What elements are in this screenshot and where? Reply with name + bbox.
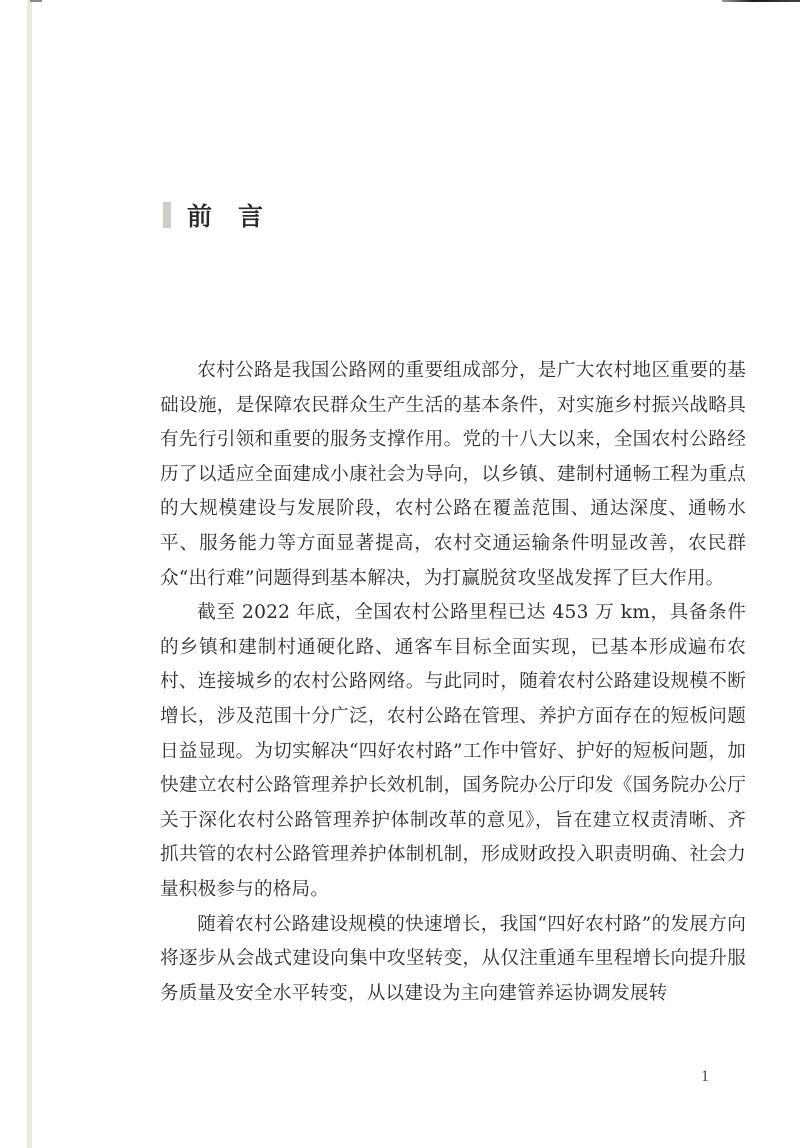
section-heading: 前言 (163, 198, 289, 232)
heading-accent-bar (163, 202, 171, 228)
scan-edge-right (722, 0, 800, 2)
paragraph: 农村公路是我国公路网的重要组成部分，是广大农村地区重要的基础设施，是保障农民群众… (160, 354, 746, 596)
page-title: 前言 (187, 197, 289, 233)
scan-edge-left (30, 0, 42, 2)
paragraph: 截至 2022 年底，全国农村公路里程已达 453 万 km，具备条件的乡镇和建… (160, 596, 746, 907)
preface-body: 农村公路是我国公路网的重要组成部分，是广大农村地区重要的基础设施，是保障农民群众… (160, 354, 746, 1011)
page-gutter-line (27, 0, 32, 1148)
paragraph: 随着农村公路建设规模的快速增长，我国“四好农村路”的发展方向将逐步从会战式建设向… (160, 908, 746, 1012)
page-number: 1 (701, 1068, 709, 1086)
